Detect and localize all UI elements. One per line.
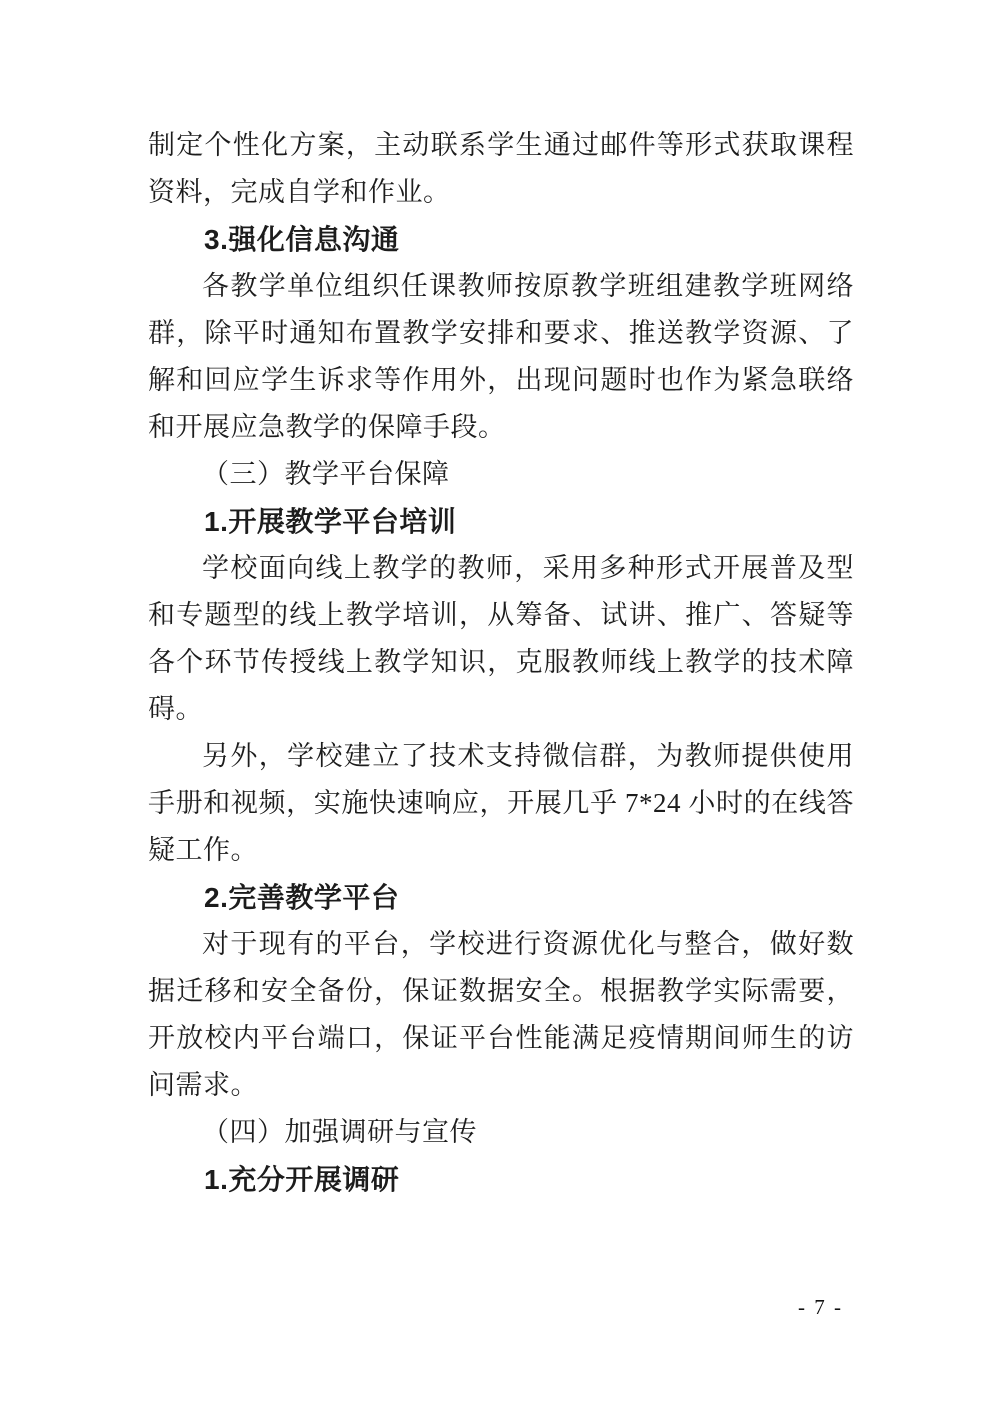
- paragraph-body: 另外，学校建立了技术支持微信群，为教师提供使用手册和视频，实施快速响应，开展几乎…: [148, 733, 854, 874]
- numbered-heading-2-wanshan-jiaoxue-pingtai: 2.完善教学平台: [148, 874, 854, 921]
- paragraph-body: 学校面向线上教学的教师，采用多种形式开展普及型和专题型的线上教学培训，从筹备、试…: [148, 545, 854, 733]
- document-page: 制定个性化方案，主动联系学生通过邮件等形式获取课程资料，完成自学和作业。 3.强…: [0, 0, 992, 1403]
- document-content: 制定个性化方案，主动联系学生通过邮件等形式获取课程资料，完成自学和作业。 3.强…: [148, 122, 854, 1203]
- paragraph-continuation: 制定个性化方案，主动联系学生通过邮件等形式获取课程资料，完成自学和作业。: [148, 122, 854, 216]
- page-number: - 7 -: [798, 1294, 843, 1320]
- paragraph-body: 对于现有的平台，学校进行资源优化与整合，做好数据迁移和安全备份，保证数据安全。根…: [148, 921, 854, 1109]
- section-heading-san-jiaoxue-pingtai-baozhang: （三）教学平台保障: [148, 451, 854, 498]
- section-heading-si-jiaqiang-diaoyan-yu-xuanchuan: （四）加强调研与宣传: [148, 1109, 854, 1156]
- numbered-heading-3-qianghua-xinxi-goutong: 3.强化信息沟通: [148, 216, 854, 263]
- numbered-heading-1-chongfen-kaizhan-diaoyan: 1.充分开展调研: [148, 1156, 854, 1203]
- paragraph-body: 各教学单位组织任课教师按原教学班组建教学班网络群，除平时通知布置教学安排和要求、…: [148, 263, 854, 451]
- numbered-heading-1-kaizhan-jiaoxue-pingtai-peixun: 1.开展教学平台培训: [148, 498, 854, 545]
